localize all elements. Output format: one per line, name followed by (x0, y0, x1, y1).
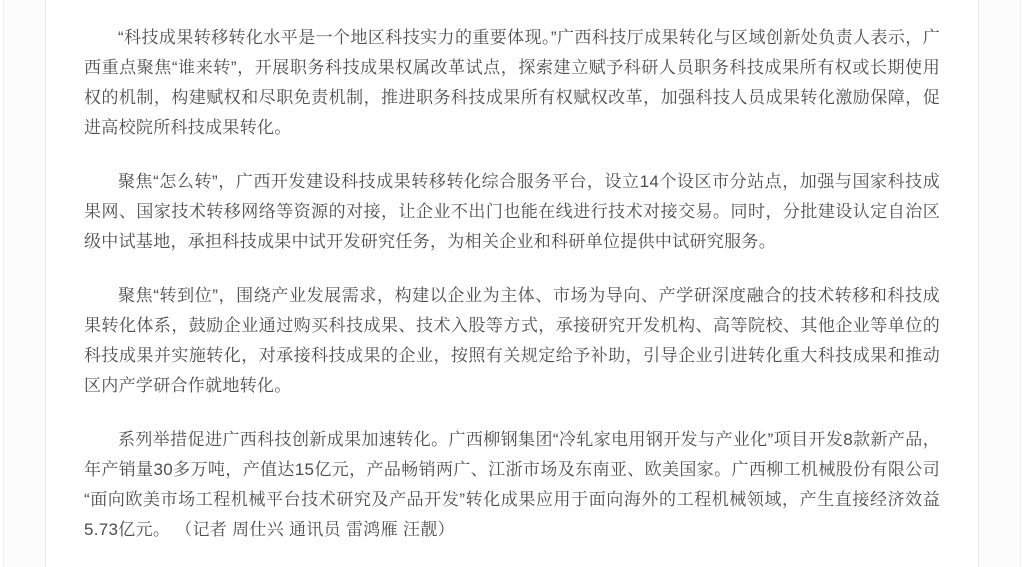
article-paragraph-3: 聚焦“转到位”，围绕产业发展需求，构建以企业为主体、市场为导向、产学研深度融合的… (84, 281, 940, 401)
article-paragraph-2: 聚焦“怎么转”，广西开发建设科技成果转移转化综合服务平台，设立14个设区市分站点… (84, 167, 940, 257)
article-paragraph-4: 系列举措促进广西科技创新成果加速转化。广西柳钢集团“冷轧家电用钢开发与产业化”项… (84, 425, 940, 545)
article-panel: “科技成果转移转化水平是一个地区科技实力的重要体现。”广西科技厅成果转化与区域创… (45, 0, 979, 567)
page-frame: “科技成果转移转化水平是一个地区科技实力的重要体现。”广西科技厅成果转化与区域创… (3, 0, 1021, 567)
article-body: “科技成果转移转化水平是一个地区科技实力的重要体现。”广西科技厅成果转化与区域创… (46, 0, 978, 545)
article-paragraph-1: “科技成果转移转化水平是一个地区科技实力的重要体现。”广西科技厅成果转化与区域创… (84, 23, 940, 143)
